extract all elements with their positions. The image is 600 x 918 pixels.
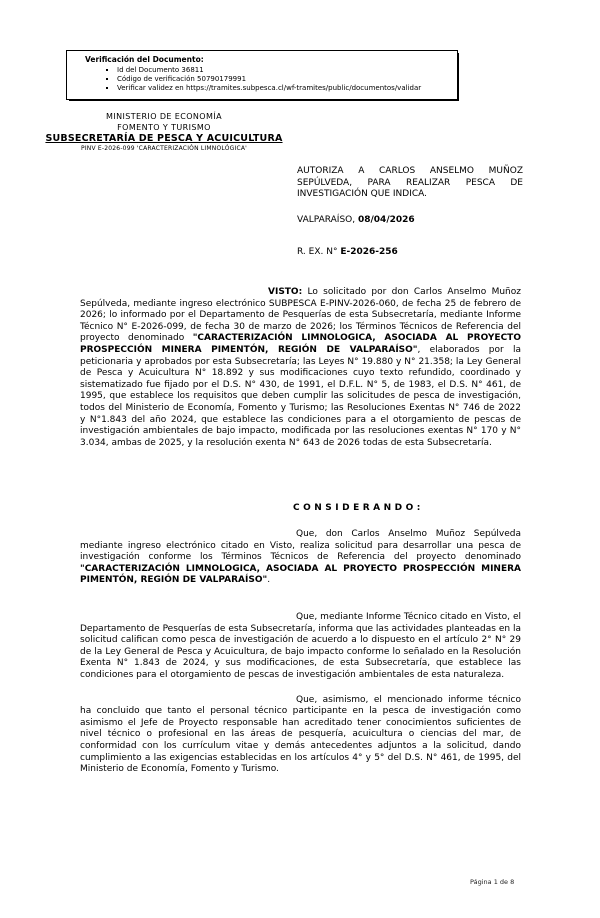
- document-page: Verificación del Documento: Id del Docum…: [0, 0, 600, 918]
- subject-text: AUTORIZA A CARLOS ANSELMO MUÑOZ SEPÚLVED…: [297, 166, 523, 201]
- resolution-prefix: R. EX. N°: [297, 247, 340, 257]
- city-date-line: VALPARAÍSO, 08/04/2026: [297, 215, 415, 225]
- date-value: 08/04/2026: [358, 215, 415, 225]
- resolution-number: E-2026-256: [340, 247, 397, 257]
- page-number: Página 1 de 8: [470, 878, 514, 886]
- project-reference: PINV E-2026-099 'CARACTERIZACIÓN LIMNOLÓ…: [20, 145, 308, 153]
- considerando-paragraph-1: Que, don Carlos Anselmo Muñoz Sepúlveda …: [80, 529, 521, 587]
- text-segment: Que, don Carlos Anselmo Muñoz Sepúlveda …: [80, 529, 521, 562]
- verification-list: Id del Documento 36811Código de verifica…: [85, 66, 451, 93]
- considerando-paragraph-2: Que, mediante Informe Técnico citado en …: [80, 612, 521, 682]
- verification-box: Verificación del Documento: Id del Docum…: [66, 50, 458, 100]
- ministry-line-2: FOMENTO Y TURISMO: [20, 122, 308, 133]
- letterhead: MINISTERIO DE ECONOMÍA FOMENTO Y TURISMO…: [20, 111, 308, 153]
- verification-item: Código de verificación 50790179991: [117, 75, 451, 84]
- text-segment: , elaborados por la peticionaria y aprob…: [80, 345, 521, 448]
- text-segment: Que, mediante Informe Técnico citado en …: [80, 612, 521, 680]
- verification-item: Id del Documento 36811: [117, 66, 451, 75]
- text-segment: Que, asimismo, el mencionado informe téc…: [80, 695, 521, 775]
- city-label: VALPARAÍSO,: [297, 215, 358, 225]
- text-segment: "CARACTERIZACIÓN LIMNOLOGICA, ASOCIADA A…: [80, 564, 521, 586]
- ministry-line-1: MINISTERIO DE ECONOMÍA: [20, 111, 308, 122]
- verification-title: Verificación del Documento:: [85, 55, 451, 64]
- resolution-number-line: R. EX. N° E-2026-256: [297, 247, 398, 257]
- considerando-heading: CONSIDERANDO:: [80, 503, 521, 514]
- subsecretaria-title: SUBSECRETARÍA DE PESCA Y ACUICULTURA: [20, 133, 308, 145]
- considerando-paragraph-3: Que, asimismo, el mencionado informe téc…: [80, 695, 521, 776]
- considerando-section: CONSIDERANDO: Que, don Carlos Anselmo Mu…: [80, 503, 521, 776]
- text-segment: .: [267, 575, 270, 585]
- visto-paragraph: VISTO: Lo solicitado por don Carlos Anse…: [80, 287, 521, 449]
- text-segment: VISTO:: [268, 287, 302, 297]
- verification-item: Verificar validez en https://tramites.su…: [117, 84, 451, 93]
